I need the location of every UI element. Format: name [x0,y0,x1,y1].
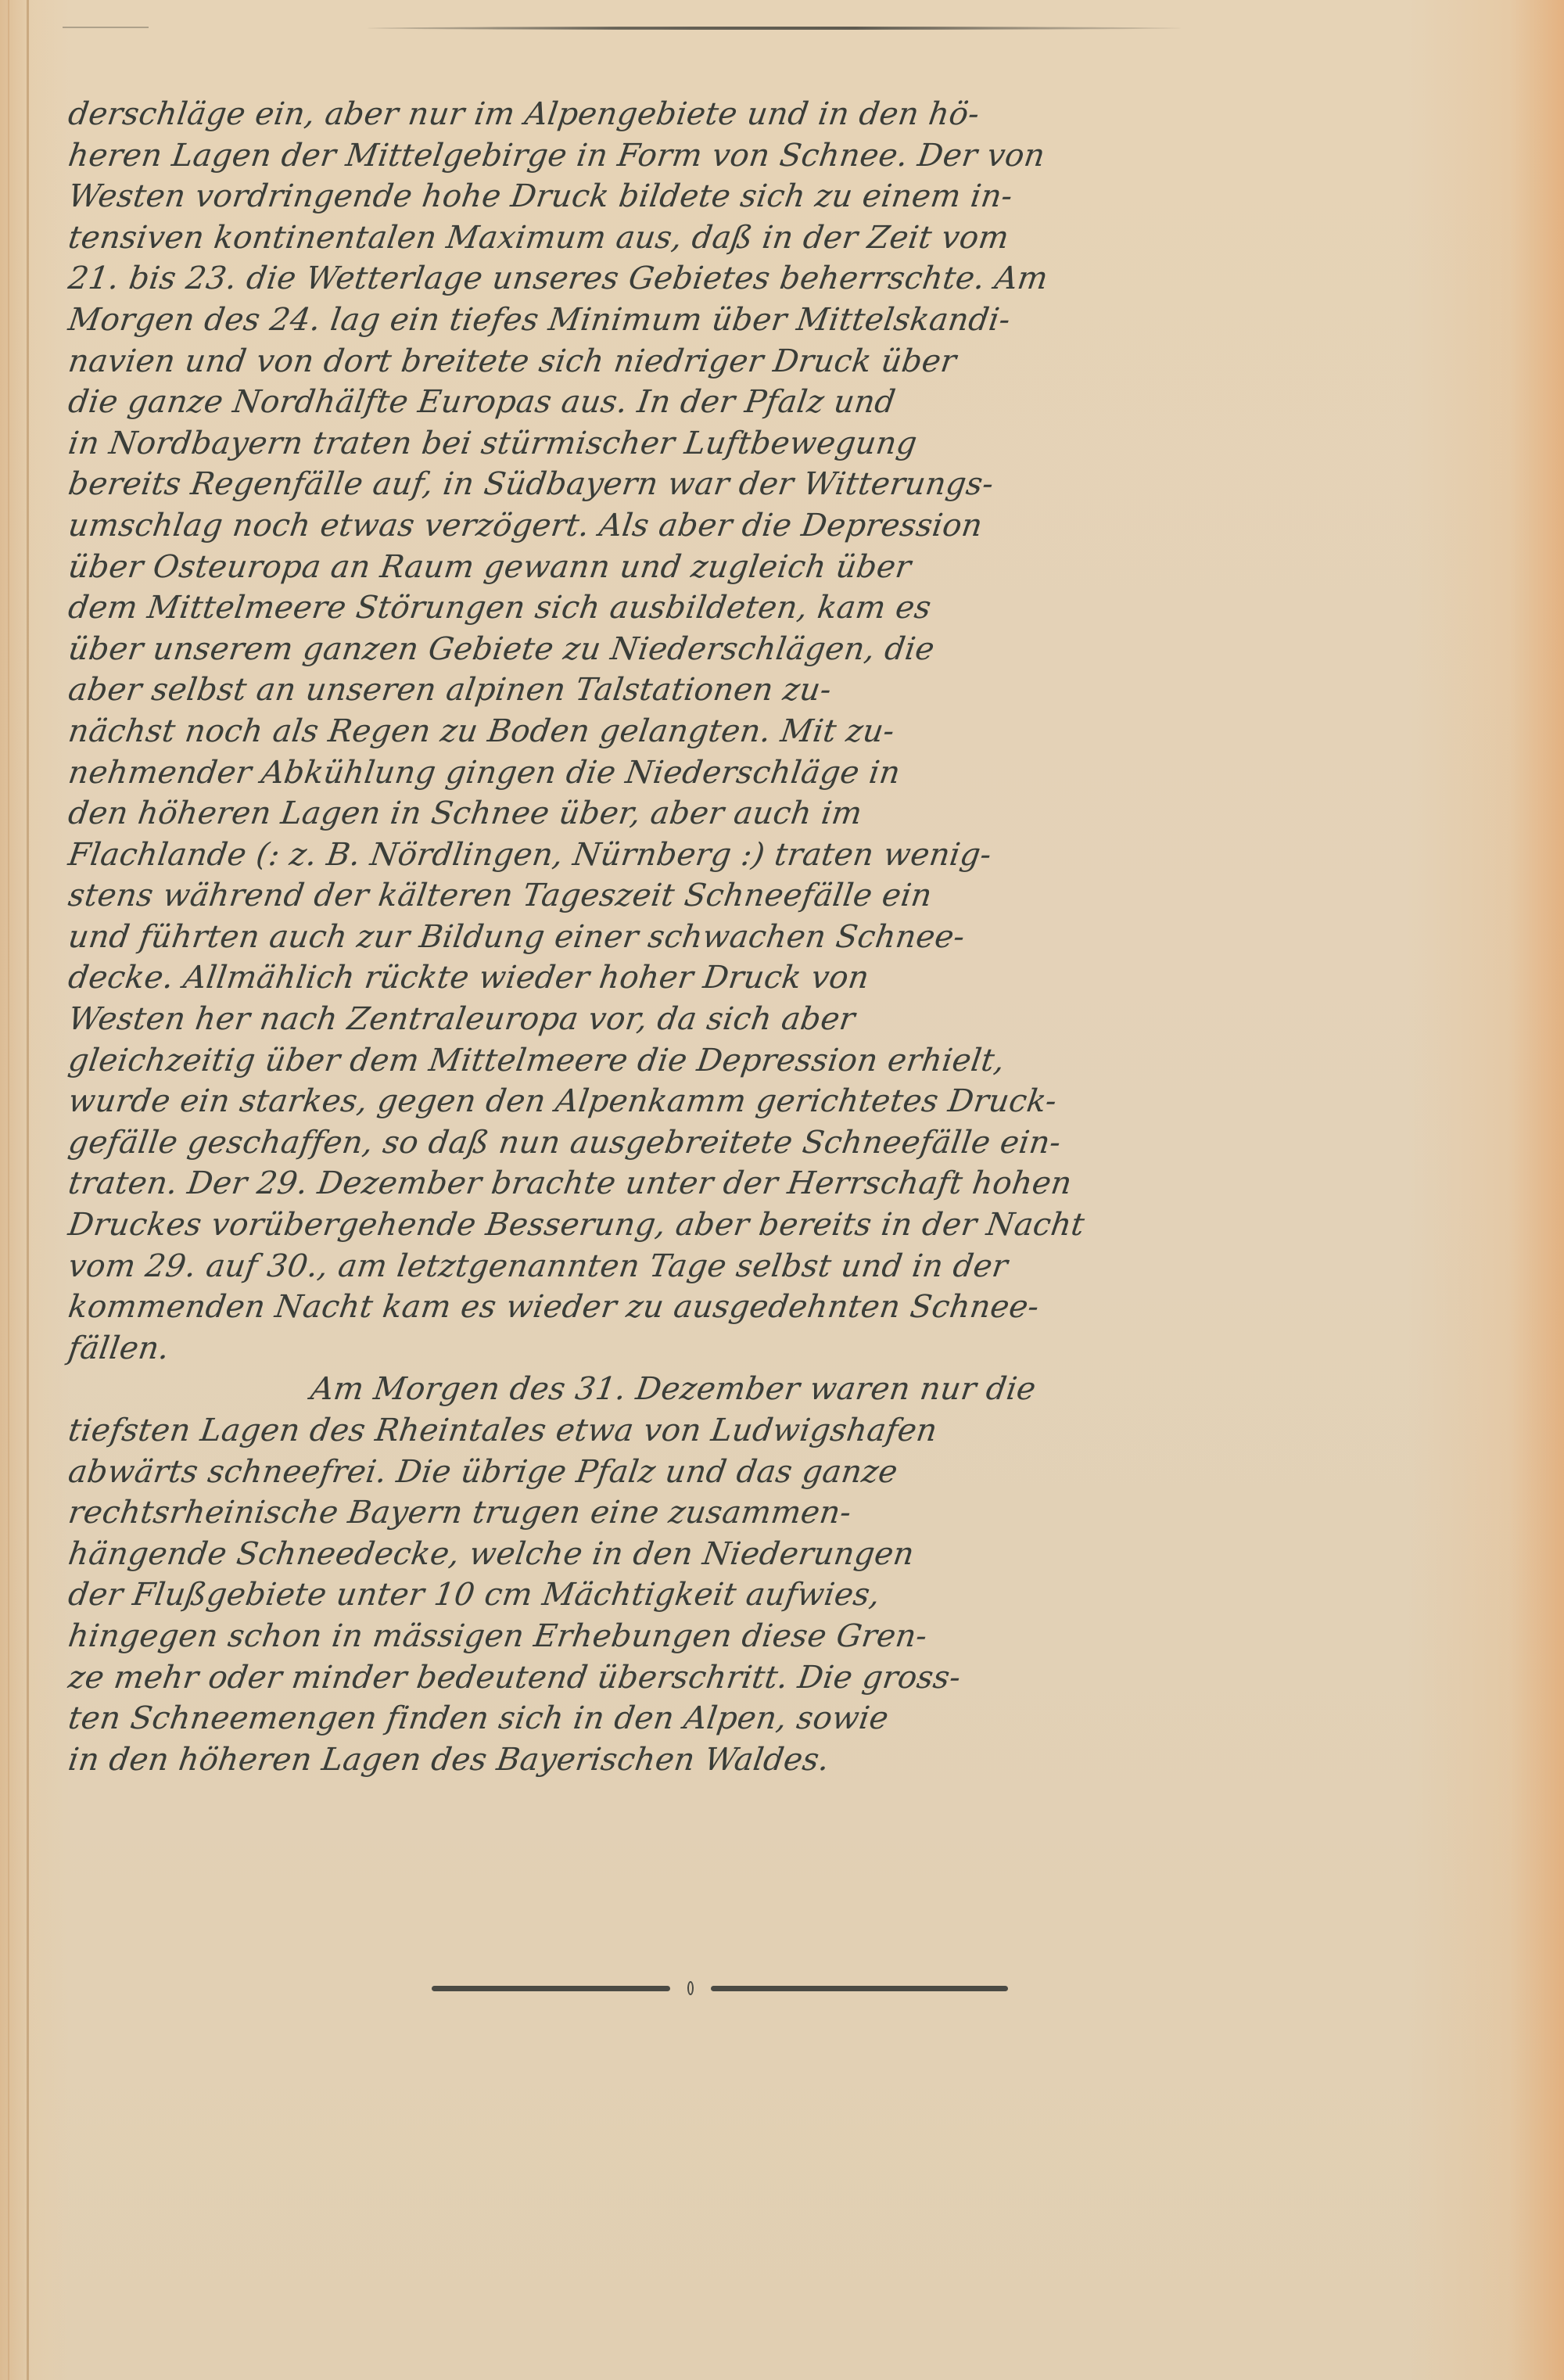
text-line: nehmender Abkühlung gingen die Niedersch… [66,752,1354,794]
text-line: hingegen schon in mässigen Erhebungen di… [66,1616,1354,1657]
text-line: fällen. [66,1328,1354,1369]
text-line: gefälle geschaffen, so daß nun ausgebrei… [66,1122,1354,1164]
text-line: abwärts schneefrei. Die übrige Pfalz und… [66,1452,1354,1493]
paragraph-start-line: Am Morgen des 31. Dezember waren nur die [66,1369,1354,1410]
text-line: Westen her nach Zentraleuropa vor, da si… [66,999,1354,1040]
handwritten-text-block: derschläge ein, aber nur im Alpengebiete… [66,94,1348,1780]
text-line: 21. bis 23. die Wetterlage unseres Gebie… [66,258,1354,300]
text-line: derschläge ein, aber nur im Alpengebiete… [66,94,1354,135]
page-gutter-fold [27,0,29,2380]
scanned-page: derschläge ein, aber nur im Alpengebiete… [0,0,1564,2380]
text-line: navien und von dort breitete sich niedri… [66,341,1354,382]
ornament-rule-right [711,1986,1008,1991]
text-line: wurde ein starkes, gegen den Alpenkamm g… [66,1081,1354,1122]
text-line: über unserem ganzen Gebiete zu Niedersch… [66,629,1354,670]
ornament-rule-left [432,1986,670,1991]
text-line: hängende Schneedecke, welche in den Nied… [66,1534,1354,1575]
text-line: Morgen des 24. lag ein tiefes Minimum üb… [66,300,1354,341]
top-rule-stub [63,27,149,28]
section-end-ornament [414,1980,1024,1996]
text-line: Flachlande (: z. B. Nördlingen, Nürnberg… [66,835,1354,876]
text-line: in den höheren Lagen des Bayerischen Wal… [66,1739,1354,1781]
text-line: ten Schneemengen finden sich in den Alpe… [66,1698,1354,1739]
text-line: Druckes vorübergehende Besserung, aber b… [66,1204,1354,1246]
text-line: stens während der kälteren Tageszeit Sch… [66,875,1354,917]
text-line: nächst noch als Regen zu Boden gelangten… [66,711,1354,752]
text-line: vom 29. auf 30., am letztgenannten Tage … [66,1246,1354,1287]
text-line: die ganze Nordhälfte Europas aus. In der… [66,382,1354,423]
text-line: bereits Regenfälle auf, in Südbayern war… [66,464,1354,505]
text-line: umschlag noch etwas verzögert. Als aber … [66,505,1354,547]
text-line: traten. Der 29. Dezember brachte unter d… [66,1163,1354,1204]
text-line: decke. Allmählich rückte wieder hoher Dr… [66,957,1354,999]
text-line: kommenden Nacht kam es wieder zu ausgede… [66,1287,1354,1328]
text-line: dem Mittelmeere Störungen sich ausbildet… [66,587,1354,629]
text-line: gleichzeitig über dem Mittelmeere die De… [66,1040,1354,1082]
text-line: heren Lagen der Mittelgebirge in Form vo… [66,135,1354,177]
text-line: rechtsrheinische Bayern trugen eine zusa… [66,1492,1354,1534]
text-line: und führten auch zur Bildung einer schwa… [66,917,1354,958]
text-line: ze mehr oder minder bedeutend überschrit… [66,1657,1354,1699]
text-line: über Osteuropa an Raum gewann und zuglei… [66,547,1354,588]
text-line: Westen vordringende hohe Druck bildete s… [66,176,1354,217]
text-line: tiefsten Lagen des Rheintales etwa von L… [66,1410,1354,1452]
text-line: tensiven kontinentalen Maximum aus, daß … [66,217,1354,259]
text-line: in Nordbayern traten bei stürmischer Luf… [66,423,1354,465]
top-rule [368,27,1181,30]
page-gutter-edge [8,0,9,2380]
diamond-icon [687,1981,694,1995]
text-line: aber selbst an unseren alpinen Talstatio… [66,669,1354,711]
text-line: der Flußgebiete unter 10 cm Mächtigkeit … [66,1574,1354,1616]
text-line: den höheren Lagen in Schnee über, aber a… [66,793,1354,835]
